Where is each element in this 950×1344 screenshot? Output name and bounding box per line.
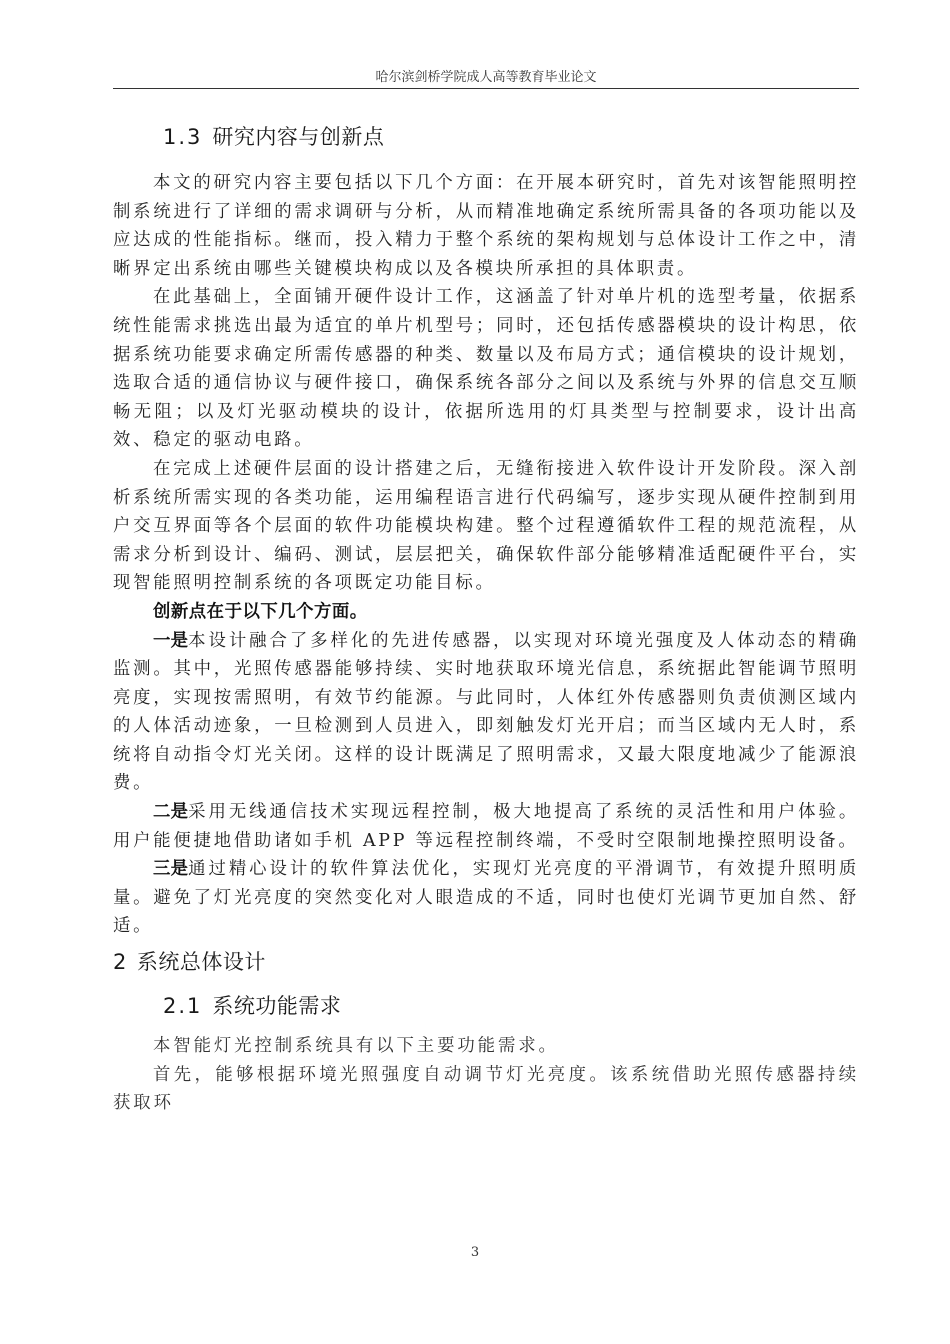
innovation-lead: 一是 [153,631,188,651]
innovation-intro: 创新点在于以下几个方面。 [113,598,859,627]
innovation-lead: 二是 [153,802,188,822]
chapter-heading-2: 2系统总体设计 [113,943,859,981]
innovation-paragraph: 一是本设计融合了多样化的先进传感器，以实现对环境光强度及人体动态的精确监测。其中… [113,627,859,799]
page-number: 3 [0,1245,950,1260]
header-divider [113,88,859,89]
innovation-lead: 三是 [153,859,188,879]
innovation-paragraph: 二是采用无线通信技术实现远程控制，极大地提高了系统的灵活性和用户体验。用户能便捷… [113,798,859,855]
page-header: 哈尔滨剑桥学院成人高等教育毕业论文 [113,66,859,85]
section-number: 2.1 [163,994,202,1018]
section-title: 系统功能需求 [212,994,341,1018]
paragraph: 本智能灯光控制系统具有以下主要功能需求。 [113,1031,859,1060]
section-title: 研究内容与创新点 [212,125,384,149]
section-heading-2-1: 2.1系统功能需求 [113,987,859,1025]
paragraph: 在完成上述硬件层面的设计搭建之后，无缝衔接进入软件设计开发阶段。深入剖析系统所需… [113,455,859,598]
paragraph: 在此基础上，全面铺开硬件设计工作，这涵盖了针对单片机的选型考量，依据系统性能需求… [113,283,859,455]
section-number: 1.3 [163,125,202,149]
section-heading-1-3: 1.3研究内容与创新点 [113,118,859,156]
innovation-paragraph: 三是通过精心设计的软件算法优化，实现灯光亮度的平滑调节，有效提升照明质量。避免了… [113,855,859,941]
innovation-text: 采用无线通信技术实现远程控制，极大地提高了系统的灵活性和用户体验。用户能便捷地借… [113,802,859,851]
innovation-text: 通过精心设计的软件算法优化，实现灯光亮度的平滑调节，有效提升照明质量。避免了灯光… [113,859,859,936]
chapter-number: 2 [113,950,127,974]
innovation-text: 本设计融合了多样化的先进传感器，以实现对环境光强度及人体动态的精确监测。其中，光… [113,631,859,794]
chapter-title: 系统总体设计 [137,950,266,974]
paragraph: 首先，能够根据环境光照强度自动调节灯光亮度。该系统借助光照传感器持续获取环 [113,1060,859,1117]
paragraph: 本文的研究内容主要包括以下几个方面：在开展本研究时，首先对该智能照明控制系统进行… [113,169,859,283]
page-content: 1.3研究内容与创新点 本文的研究内容主要包括以下几个方面：在开展本研究时，首先… [113,118,859,1117]
